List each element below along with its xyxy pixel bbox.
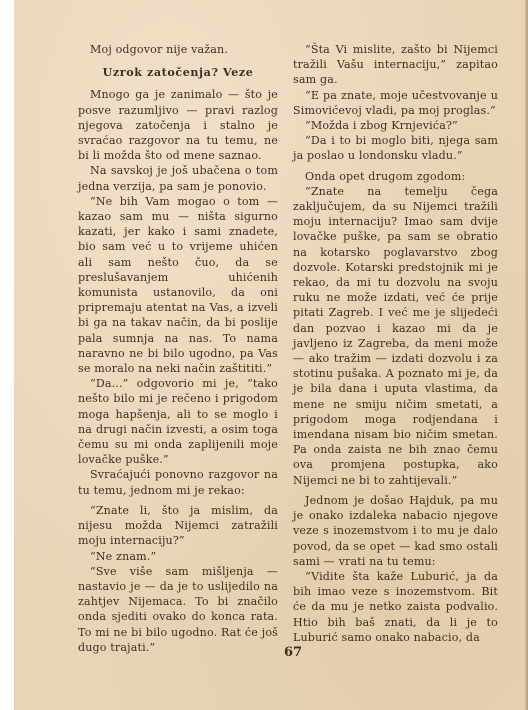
left-text-column: Moj odgovor nije važan. Uzrok zatočenja?…: [78, 42, 278, 655]
paragraph: “Ne znam.”: [78, 549, 278, 564]
paragraph: Onda opet drugom zgodom:: [293, 169, 498, 184]
right-text-column: “Šta Vi mislite, zašto bi Nijemci tražil…: [293, 42, 498, 645]
paragraph: Svraćajući ponovno razgovor na tu temu, …: [78, 467, 278, 497]
paragraph: “Znate na temelju čega zaključujem, da s…: [293, 184, 498, 488]
paragraph: Na savskoj je još ubačena o tom jedna ve…: [78, 163, 278, 193]
opening-line: Moj odgovor nije važan.: [78, 42, 278, 57]
paragraph: “Ne bih Vam mogao o tom — kazao sam mu —…: [78, 194, 278, 376]
paragraph: “E pa znate, moje učestvovanje u Simović…: [293, 88, 498, 118]
paragraph: “Šta Vi mislite, zašto bi Nijemci tražil…: [293, 42, 498, 88]
paragraph: “Da...” odgovorio mi je, “tako nešto bil…: [78, 376, 278, 467]
paragraph: Mnogo ga je zanimalo — što je posve razu…: [78, 87, 278, 163]
book-page: Moj odgovor nije važan. Uzrok zatočenja?…: [14, 0, 528, 710]
paragraph: “Sve više sam mišljenja — nastavio je — …: [78, 564, 278, 655]
paragraph: Jednom je došao Hajduk, pa mu je onako i…: [293, 493, 498, 569]
page-number: 67: [278, 645, 308, 660]
paragraph: “Da i to bi moglo biti, njega sam ja pos…: [293, 133, 498, 163]
section-heading: Uzrok zatočenja? Veze: [78, 65, 278, 80]
paragraph: “Znate li, što ja mislim, da nijesu možd…: [78, 503, 278, 549]
paragraph: “Vidite šta kaže Luburić, ja da bih imao…: [293, 569, 498, 645]
paragraph: “Možda i zbog Krnjevića?”: [293, 118, 498, 133]
